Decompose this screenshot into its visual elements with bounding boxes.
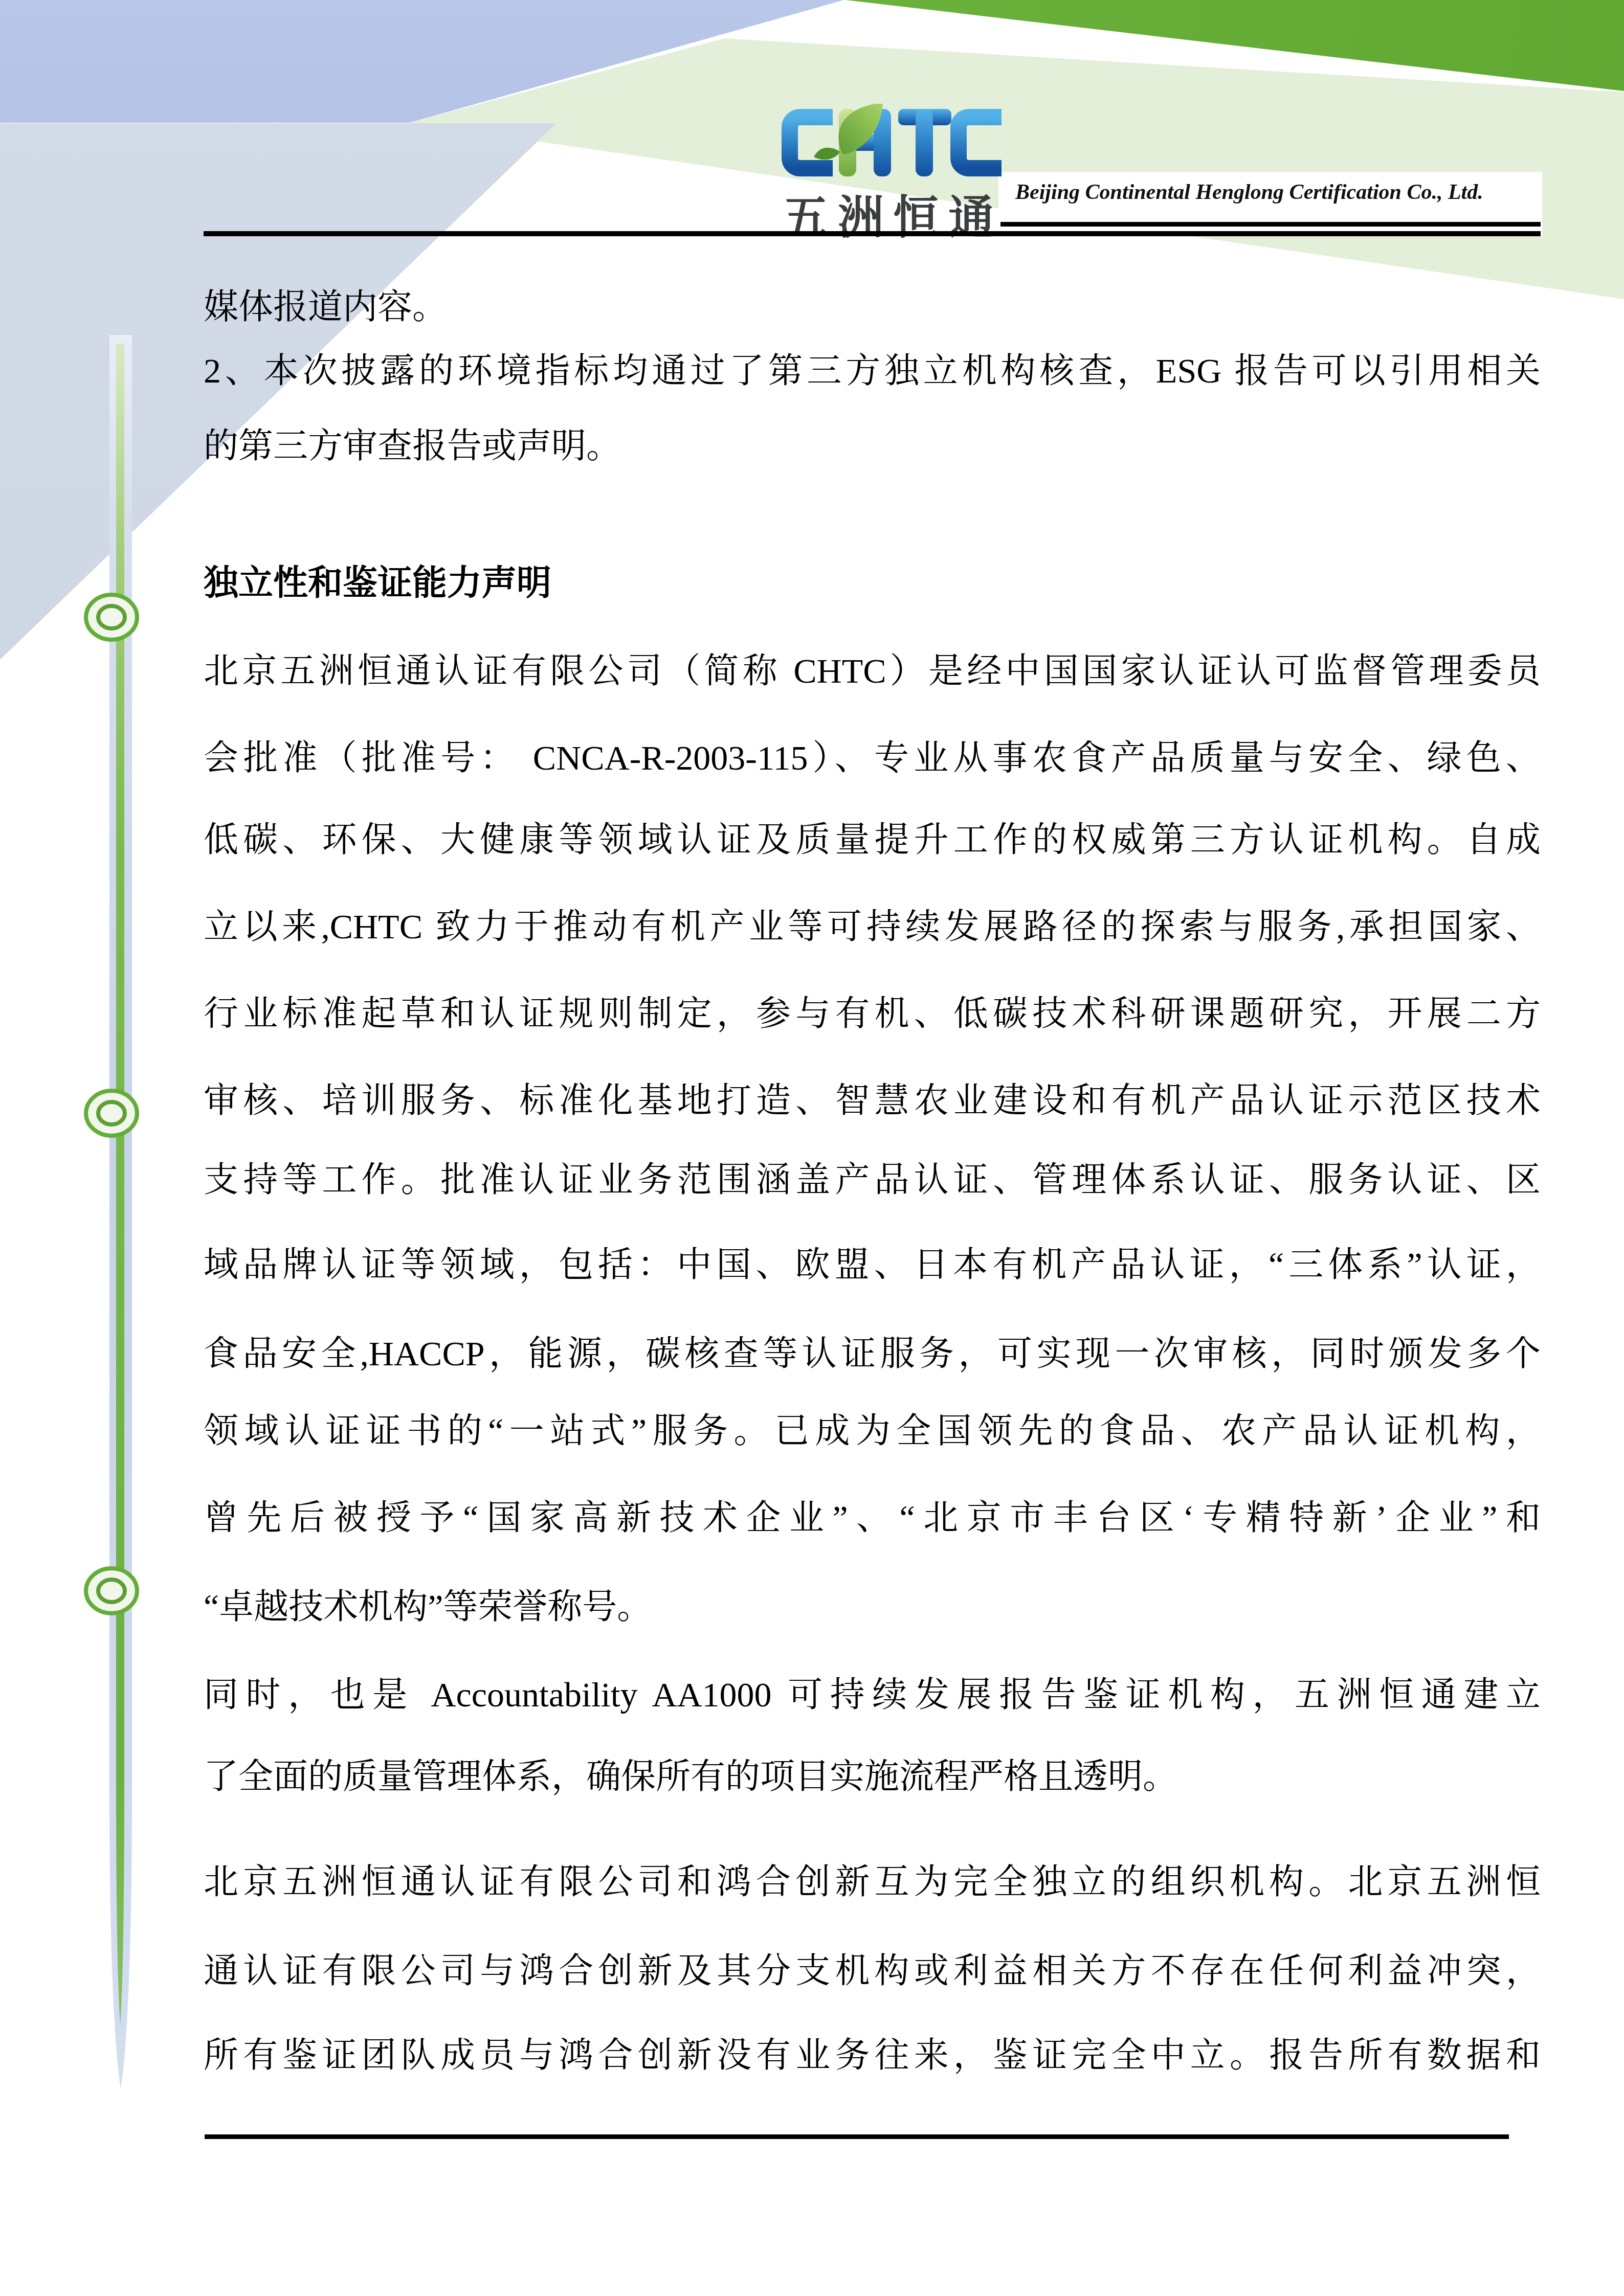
body-line: 域品牌认证等领域，包括：中国、欧盟、日本有机产品认证，“三体系”认证， bbox=[204, 1246, 1541, 1284]
body-line: 低碳、环保、大健康等领域认证及质量提升工作的权威第三方认证机构。自成 bbox=[204, 821, 1541, 859]
body-line: 了全面的质量管理体系，确保所有的项目实施流程严格且透明。 bbox=[204, 1758, 1541, 1795]
letter-c1 bbox=[790, 117, 833, 168]
ring-ornament-icon bbox=[86, 1091, 137, 1136]
body-line: 立以来,CHTC 致力于推动有机产业等可持续发展路径的探索与服务,承担国家、 bbox=[204, 908, 1541, 946]
body-line: 行业标准起草和认证规则制定，参与有机、低碳技术科研课题研究，开展二方 bbox=[204, 995, 1541, 1032]
body-line: 媒体报道内容。 bbox=[204, 288, 1541, 326]
body-line: 食品安全,HACCP，能源，碳核查等认证服务，可实现一次审核，同时颁发多个 bbox=[204, 1335, 1541, 1372]
body-line: 2、本次披露的环境指标均通过了第三方独立机构核查，ESG 报告可以引用相关 bbox=[204, 352, 1541, 390]
body-line: 支持等工作。批准认证业务范围涵盖产品认证、管理体系认证、服务认证、区 bbox=[204, 1161, 1541, 1199]
company-name-en: Beijing Continental Henglong Certificati… bbox=[1015, 180, 1542, 205]
body-line: “卓越技术机构”等荣誉称号。 bbox=[204, 1588, 1541, 1626]
body-line: 领域认证证书的“一站式”服务。已成为全国领先的食品、农产品认证机构， bbox=[204, 1412, 1541, 1450]
header-rule bbox=[204, 231, 1541, 236]
document-page: 五洲恒通 Beijing Continental Henglong Certif… bbox=[0, 0, 1624, 2296]
body-line: 的第三方审查报告或声明。 bbox=[204, 427, 1541, 465]
body-line: 会批准（批准号： CNCA-R-2003-115）、专业从事农食产品质量与安全、… bbox=[204, 739, 1541, 777]
ring-ornament-icon bbox=[86, 1568, 137, 1613]
body-line: 曾先后被授予“国家高新技术企业”、“北京市丰台区‘专精特新’企业”和 bbox=[204, 1499, 1541, 1537]
body-line: 北京五洲恒通认证有限公司和鸿合创新互为完全独立的组织机构。北京五洲恒 bbox=[204, 1863, 1541, 1901]
body-line: 通认证有限公司与鸿合创新及其分支机构或利益相关方不存在任何利益冲突， bbox=[204, 1952, 1541, 1990]
body-line: 所有鉴证团队成员与鸿合创新没有业务往来，鉴证完全中立。报告所有数据和 bbox=[204, 2036, 1541, 2074]
chtc-logo bbox=[782, 104, 1005, 182]
body-line: 审核、培训服务、标准化基地打造、智慧农业建设和有机产品认证示范区技术 bbox=[204, 1082, 1541, 1119]
left-decoration bbox=[82, 331, 141, 2096]
body-line: 同时，也是 Accountability AA1000 可持续发展报告鉴证机构，… bbox=[204, 1676, 1541, 1714]
letter-c2 bbox=[959, 117, 1002, 168]
body-line: 北京五洲恒通认证有限公司（简称 CHTC）是经中国国家认证认可监督管理委员 bbox=[204, 652, 1541, 690]
english-underline bbox=[1000, 222, 1541, 227]
company-name-cn: 五洲恒通 bbox=[783, 180, 1004, 246]
letter-t-stem bbox=[916, 109, 933, 176]
ring-ornament-icon bbox=[86, 595, 137, 640]
footer-rule bbox=[205, 2134, 1509, 2139]
section-heading: 独立性和鉴证能力声明 bbox=[204, 564, 1541, 602]
